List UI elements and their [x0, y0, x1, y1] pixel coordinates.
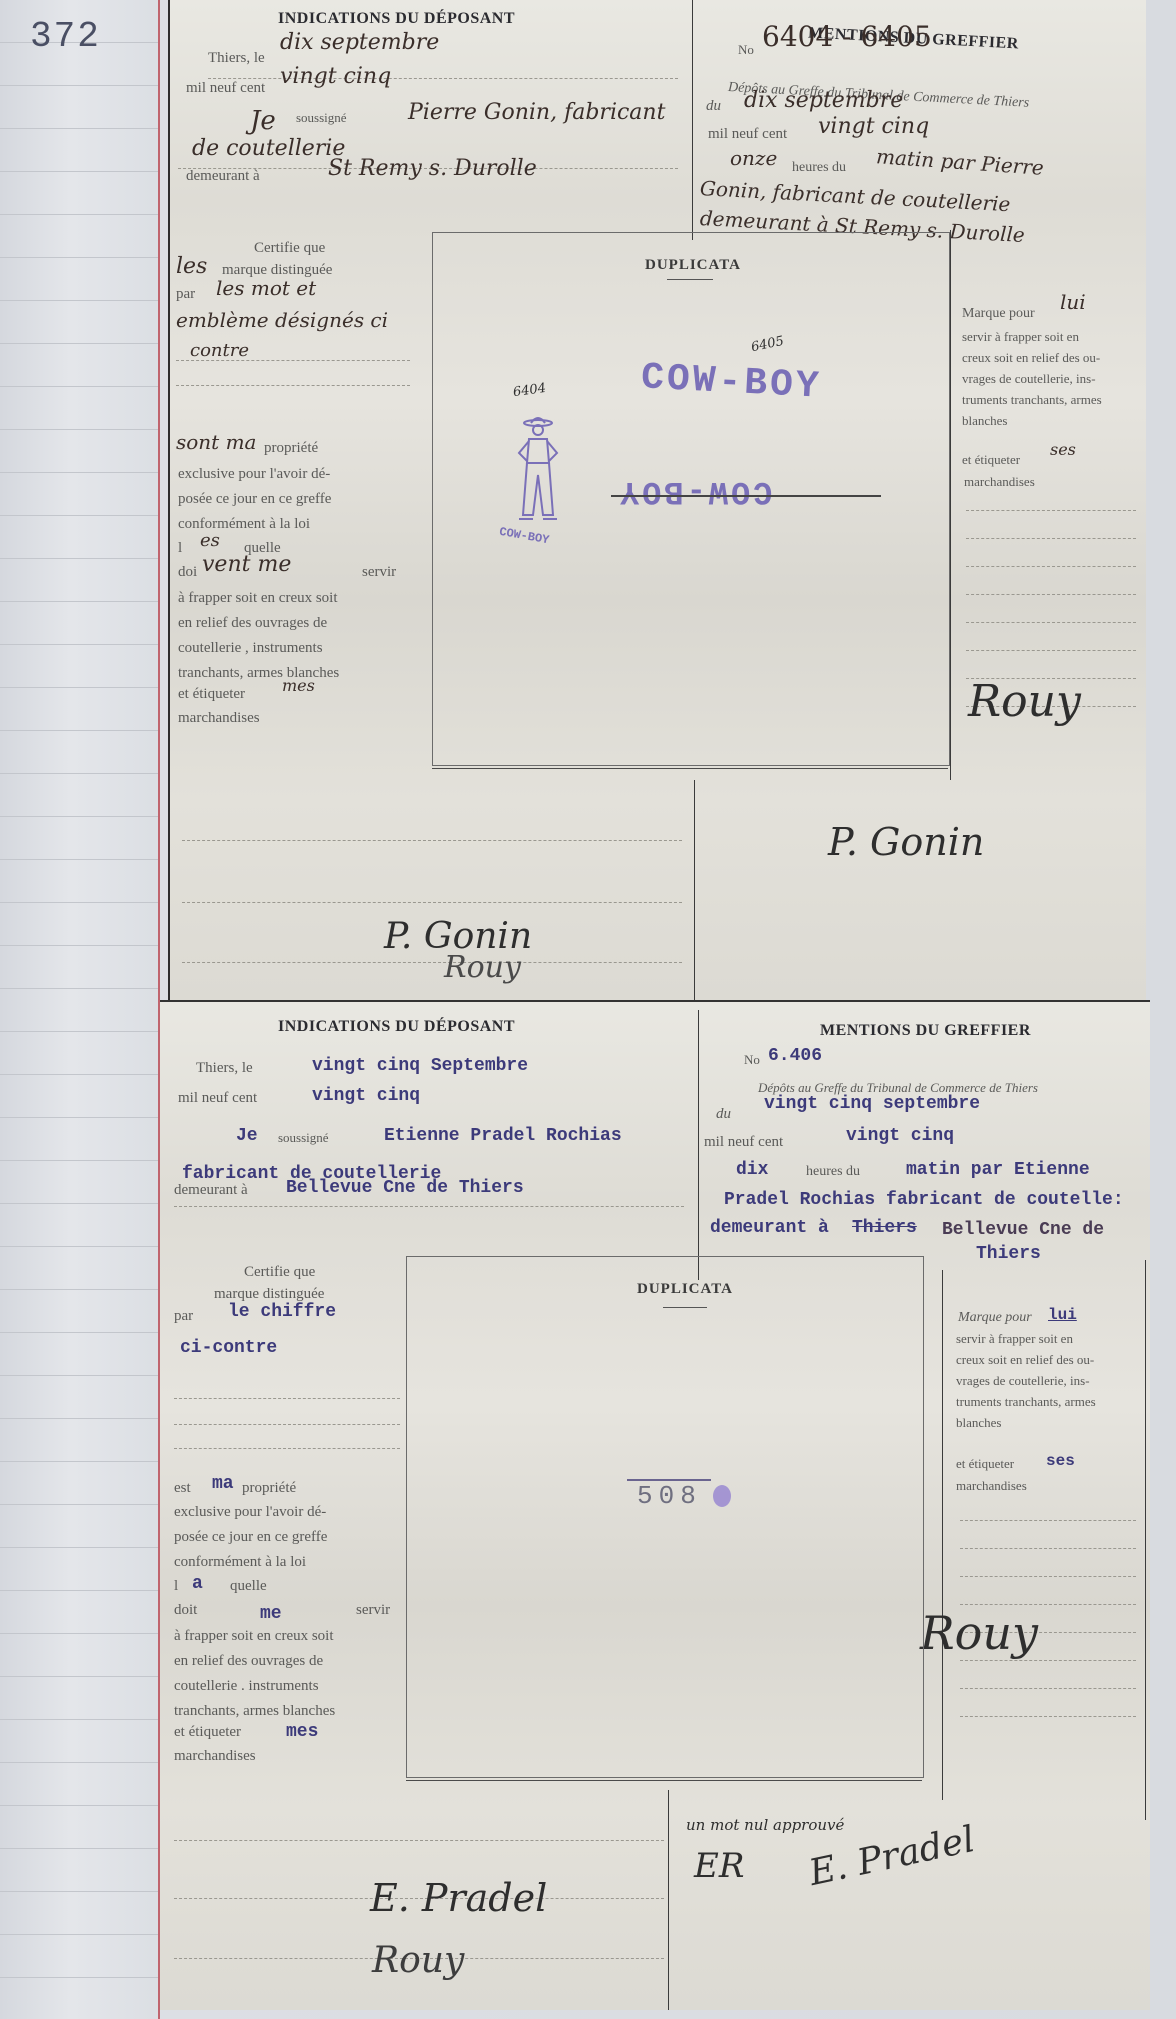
strike-through-line	[611, 495, 881, 497]
upper-je-handwritten: Je	[250, 106, 276, 136]
lower-me-typed: me	[260, 1604, 282, 1624]
dotted-line	[960, 1660, 1136, 1661]
ledger-rulings	[0, 0, 160, 2019]
upper-marchandises-label: marchandises	[178, 710, 260, 727]
upper-desc-line3-handwritten: contre	[190, 340, 249, 361]
separator-line	[432, 768, 948, 769]
legal-line: coutellerie , instruments	[178, 636, 339, 661]
lower-greffier-etiqueter-label: et étiqueter	[956, 1456, 1014, 1472]
lower-column-divider	[698, 1010, 699, 1280]
upper-greffier-legal-text: servir à frapper soit en creux soit en r…	[962, 326, 1102, 431]
lower-ma-typed: ma	[212, 1474, 234, 1494]
upper-legal-text-1: exclusive pour l'avoir dé- posée ce jour…	[178, 462, 331, 537]
legal-line: exclusive pour l'avoir dé-	[178, 462, 331, 487]
dotted-line	[966, 650, 1136, 651]
upper-heures-label: heures du	[792, 160, 846, 176]
cowboy-figure-icon	[511, 415, 565, 525]
dotted-line	[960, 1548, 1136, 1549]
legal-line: tranchants, armes blanches	[178, 661, 339, 686]
lower-top-border	[160, 1000, 1150, 1002]
stamp-figure-caption: COW-BOY	[498, 525, 550, 548]
upper-duplicata-label: DUPLICATA	[645, 257, 741, 274]
lower-stamp-number: 508	[637, 1481, 702, 1511]
upper-par-handwritten: les mot et	[216, 276, 316, 300]
stamp-word-number: 6405	[750, 334, 785, 356]
dotted-line	[176, 360, 410, 361]
dotted-line	[174, 1424, 400, 1425]
lower-lui-typed: lui	[1048, 1306, 1077, 1324]
lower-bottom-column-divider	[668, 1790, 669, 2010]
upper-du-label: du	[706, 98, 721, 115]
dotted-line	[960, 1520, 1136, 1521]
lower-quelle-label: quelle	[230, 1578, 267, 1595]
upper-greffier-year-handwritten: vingt cinq	[818, 114, 929, 139]
lower-mes-typed: mes	[286, 1722, 318, 1742]
legal-line: conformément à la loi	[174, 1550, 327, 1575]
ink-blot	[713, 1485, 731, 1507]
lower-greffier-signature: Rouy	[920, 1606, 1038, 1660]
upper-address-handwritten: St Remy s. Durolle	[328, 156, 537, 181]
upper-duplicata-box: DUPLICATA 6404 COW-BOY 6405 COW-BOY COW-…	[432, 232, 950, 766]
legal-line: à frapper soit en creux soit	[178, 586, 339, 611]
lower-deposant-signature: E. Pradel	[370, 1876, 547, 1920]
upper-greffier-etiqueter-handwritten: ses	[1050, 440, 1076, 459]
upper-certifie-label: Certifie que	[254, 240, 325, 257]
dotted-line	[174, 1398, 400, 1399]
lower-number-typed: 6.406	[768, 1046, 822, 1066]
lower-desc-line2-typed: ci-contre	[180, 1338, 277, 1358]
legal-line: coutellerie . instruments	[174, 1674, 335, 1699]
lower-est-label: est	[174, 1480, 191, 1497]
lower-heures-label: heures du	[806, 1164, 860, 1180]
legal-line: servir à frapper soit en	[962, 326, 1102, 347]
upper-number-handwritten: 6404 - 6405	[762, 20, 932, 53]
dotted-line	[176, 385, 410, 386]
lower-hour-typed: dix	[736, 1160, 768, 1180]
upper-par-label: par	[176, 286, 195, 303]
dotted-line	[208, 78, 678, 79]
upper-doi-handwritten: vent me	[202, 552, 291, 577]
upper-occupation-handwritten: de coutellerie	[192, 136, 345, 161]
upper-marque-pour-handwritten: lui	[1060, 290, 1086, 314]
legal-line: à frapper soit en creux soit	[174, 1624, 335, 1649]
lower-greffier-marchandises-label: marchandises	[956, 1478, 1027, 1494]
upper-column-divider	[692, 0, 693, 240]
lower-legal-text-1: exclusive pour l'avoir dé- posée ce jour…	[174, 1500, 327, 1575]
upper-legal-text-2: à frapper soit en creux soit en relief d…	[178, 586, 339, 686]
legal-line: truments tranchants, armes	[962, 389, 1102, 410]
legal-line: exclusive pour l'avoir dé-	[174, 1500, 327, 1525]
lower-address-typed: Bellevue Cne de Thiers	[286, 1178, 524, 1198]
upper-soussigne-label: soussigné	[296, 110, 347, 126]
legal-line: en relief des ouvrages de	[178, 611, 339, 636]
upper-greffier-date-handwritten: dix septembre	[744, 88, 903, 113]
lower-greffier-line2-typed: Pradel Rochias fabricant de coutelle:	[724, 1190, 1124, 1210]
lower-date-typed: vingt cinq Septembre	[312, 1056, 528, 1076]
lower-marque-label: marque distinguée	[214, 1286, 324, 1303]
upper-deposant-signature-second: Rouy	[444, 950, 521, 985]
legal-line: en relief des ouvrages de	[174, 1649, 335, 1674]
lower-deposant-header: INDICATIONS DU DÉPOSANT	[278, 1018, 515, 1036]
lower-form-sheet: INDICATIONS DU DÉPOSANT Thiers, le vingt…	[160, 1000, 1150, 2010]
lower-greffier-line-typed: matin par Etienne	[906, 1160, 1090, 1180]
upper-date-handwritten: dix septembre	[280, 30, 439, 55]
upper-greffier-bottom-signature: P. Gonin	[828, 820, 984, 864]
upper-form-sheet: INDICATIONS DU DÉPOSANT Thiers, le dix s…	[168, 0, 1146, 1000]
lower-l-label: l	[174, 1578, 178, 1595]
dotted-line	[182, 902, 682, 903]
upper-right-column-border	[950, 230, 951, 780]
upper-year-handwritten: vingt cinq	[280, 64, 391, 89]
upper-doi-label: doi	[178, 564, 197, 581]
upper-greffier-mil-label: mil neuf cent	[708, 126, 787, 143]
dotted-line	[174, 1840, 664, 1841]
dotted-line	[966, 594, 1136, 595]
lower-greffier-date-typed: vingt cinq septembre	[764, 1094, 980, 1114]
lower-greffier-line4-typed: Thiers	[976, 1244, 1041, 1264]
upper-greffier-marchandises-label: marchandises	[964, 474, 1035, 490]
upper-sont-ma-handwritten: sont ma	[176, 430, 256, 454]
upper-propriete-label: propriété	[264, 440, 318, 457]
lower-ses-typed: ses	[1046, 1452, 1075, 1470]
lower-greffier-legal-text: servir à frapper soit en creux soit en r…	[956, 1328, 1096, 1433]
upper-demeurant-label: demeurant à	[186, 168, 260, 185]
dotted-line	[960, 1716, 1136, 1717]
upper-les-handwritten: les	[176, 254, 207, 279]
dotted-line	[960, 1576, 1136, 1577]
legal-line: blanches	[962, 410, 1102, 431]
lower-greffier-year-typed: vingt cinq	[846, 1126, 954, 1146]
upper-l-label: l	[178, 540, 182, 557]
lower-right-column-border	[942, 1270, 943, 1800]
legal-line: creux soit en relief des ou-	[956, 1349, 1096, 1370]
upper-marque-pour-label: Marque pour	[962, 306, 1035, 322]
lower-greffier-line3b-typed: Bellevue Cne de	[942, 1220, 1104, 1240]
legal-line: posée ce jour en ce greffe	[174, 1525, 327, 1550]
upper-hour-handwritten: onze	[730, 146, 777, 170]
stamp-word: COW-BOY	[640, 356, 823, 408]
upper-greffier-line-handwritten: matin par Pierre	[875, 144, 1044, 180]
upper-thiers-le-label: Thiers, le	[208, 50, 265, 67]
upper-deposant-header: INDICATIONS DU DÉPOSANT	[278, 10, 515, 28]
stamp-figure-number: 6404	[512, 381, 547, 400]
upper-bottom-column-divider	[694, 780, 695, 1000]
upper-etiqueter-label: et étiqueter	[178, 686, 245, 703]
lower-demeurant-label: demeurant à	[174, 1182, 248, 1199]
lower-certifie-label: Certifie que	[244, 1264, 315, 1281]
legal-line: servir à frapper soit en	[956, 1328, 1096, 1349]
lower-doit-label: doit	[174, 1602, 197, 1619]
legal-line: creux soit en relief des ou-	[962, 347, 1102, 368]
legal-line: tranchants, armes blanches	[174, 1699, 335, 1724]
lower-annotation: un mot nul approuvé	[686, 1816, 844, 1834]
lower-par-typed: le chiffre	[228, 1302, 336, 1322]
lower-legal-text-2: à frapper soit en creux soit en relief d…	[174, 1624, 335, 1724]
upper-desc-line2-handwritten: emblème désignés ci	[176, 308, 388, 332]
duplicata-flourish	[667, 279, 713, 280]
page-number: 372	[30, 16, 101, 57]
separator-line	[406, 1780, 922, 1781]
lower-greffier-mil-label: mil neuf cent	[704, 1134, 783, 1151]
upper-etiqueter-handwritten: mes	[282, 676, 315, 695]
legal-line: posée ce jour en ce greffe	[178, 487, 331, 512]
lower-right-edge	[1145, 1260, 1146, 1820]
dotted-line	[966, 510, 1136, 511]
lower-propriete-label: propriété	[242, 1480, 296, 1497]
lower-greffier-line3a-typed: demeurant à	[710, 1218, 829, 1238]
lower-year-typed: vingt cinq	[312, 1086, 420, 1106]
upper-no-label: No	[738, 42, 754, 58]
upper-greffier-signature: Rouy	[968, 676, 1081, 727]
lower-par-label: par	[174, 1308, 193, 1325]
lower-du-label: du	[716, 1106, 731, 1123]
dotted-line	[174, 1206, 684, 1207]
lower-duplicata-box: DUPLICATA 508	[406, 1256, 924, 1778]
lower-soussigne-label: soussigné	[278, 1130, 329, 1146]
legal-line: vrages de coutellerie, ins-	[956, 1370, 1096, 1391]
lower-no-label: No	[744, 1052, 760, 1068]
dotted-line	[966, 566, 1136, 567]
lower-duplicata-label: DUPLICATA	[637, 1281, 733, 1298]
legal-line: vrages de coutellerie, ins-	[962, 368, 1102, 389]
lower-deposant-signature-second: Rouy	[372, 1940, 464, 1981]
upper-servir-label: servir	[362, 564, 396, 581]
stamp-word-reversed: COW-BOY	[617, 473, 772, 510]
dotted-line	[960, 1688, 1136, 1689]
lower-marchandises-label: marchandises	[174, 1748, 256, 1765]
lower-servir-label: servir	[356, 1602, 390, 1619]
lower-marque-pour-label: Marque pour	[958, 1310, 1032, 1326]
upper-greffier-etiqueter-label: et étiqueter	[962, 452, 1020, 468]
upper-left-border	[168, 0, 170, 1000]
lower-greffier-initials: ER	[694, 1846, 744, 1886]
lower-l-typed: a	[192, 1574, 203, 1594]
dotted-line	[174, 1448, 400, 1449]
lower-etiqueter-label: et étiqueter	[174, 1724, 241, 1741]
lower-mil-neuf-cent-label: mil neuf cent	[178, 1090, 257, 1107]
upper-name-handwritten: Pierre Gonin, fabricant	[408, 100, 665, 125]
dotted-line	[182, 840, 682, 841]
dotted-line	[960, 1604, 1136, 1605]
legal-line: truments tranchants, armes	[956, 1391, 1096, 1412]
upper-l-handwritten: es	[200, 530, 220, 551]
dotted-line	[966, 538, 1136, 539]
lower-greffier-struck-word: Thiers	[852, 1218, 917, 1238]
dotted-line	[182, 962, 682, 963]
lower-je-typed: Je	[236, 1126, 258, 1146]
legal-line: blanches	[956, 1412, 1096, 1433]
upper-mil-neuf-cent-label: mil neuf cent	[186, 80, 265, 97]
duplicata-flourish	[663, 1307, 707, 1308]
lower-thiers-le-label: Thiers, le	[196, 1060, 253, 1077]
lower-greffier-header: MENTIONS DU GREFFIER	[820, 1022, 1031, 1040]
dotted-line	[966, 622, 1136, 623]
lower-name-typed: Etienne Pradel Rochias	[384, 1126, 622, 1146]
